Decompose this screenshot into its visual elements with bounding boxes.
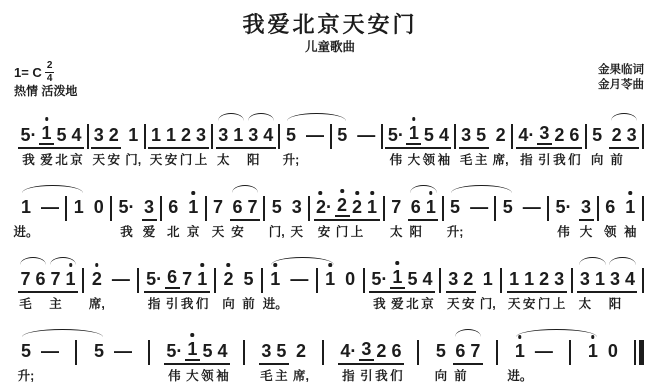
barline <box>642 268 644 293</box>
song-genre: 儿童歌曲 <box>0 39 660 55</box>
notation-line: 1—105·361767532·2217615—5—5·361 <box>16 175 644 221</box>
lyric-syllable: 领 <box>201 368 214 384</box>
lyric-syllable: 门, <box>269 224 285 240</box>
note-token: 5 <box>94 342 104 361</box>
dash-note: — <box>523 198 541 217</box>
note-token: 3 <box>216 126 231 145</box>
lyric-syllable: 爱 <box>391 296 404 312</box>
note-token: 2 <box>106 126 121 145</box>
note-token: 6 <box>408 198 423 217</box>
note-token: 5 <box>503 198 513 217</box>
beam-group: 4·326 <box>516 124 582 149</box>
lyric-syllable: 门 <box>336 224 349 240</box>
slur-arc <box>232 185 258 193</box>
measure: 10 <box>320 270 360 293</box>
measure: 1123 <box>146 126 210 149</box>
measure: 5·154 <box>383 124 453 149</box>
note-token: 1 <box>188 198 198 217</box>
note-token: 5 <box>337 126 347 145</box>
note-token: 2 <box>609 126 624 145</box>
note-token: 7 <box>18 270 33 289</box>
dash-note: — <box>357 126 375 145</box>
barline <box>500 268 502 293</box>
note-token: 1 <box>325 270 335 289</box>
barline <box>160 196 162 221</box>
beam-group: 3134 <box>577 270 637 293</box>
lyric-syllable: 安 <box>231 224 244 240</box>
lyric-syllable: 我 <box>373 296 386 312</box>
note-token: 7 <box>391 198 401 217</box>
measure: 5·154 <box>16 124 86 149</box>
barline <box>597 196 599 221</box>
note-token: 3 <box>459 126 474 145</box>
beam-group: 67 <box>453 342 483 365</box>
slur-arc <box>609 257 635 265</box>
rest-note: 0 <box>94 198 104 217</box>
beam-group: 5·154 <box>385 124 451 149</box>
measure: 10 <box>69 198 109 221</box>
beam-group: 23 <box>609 126 639 149</box>
slur-arc <box>271 257 333 265</box>
note-token: 2 <box>335 196 350 217</box>
lyric-syllable: 天 <box>212 224 225 240</box>
note-token: 4· <box>338 342 359 361</box>
octave-dot <box>355 191 359 195</box>
lyric-syllable: 安 <box>318 224 331 240</box>
score-system: 1—105·361767532·2217615—5—5·361进。我爱北京天安门… <box>0 175 660 247</box>
note-token: 3 <box>259 342 274 361</box>
beam-group: 35 <box>259 342 289 365</box>
lyric-syllable: 我 <box>22 152 35 168</box>
octave-dot <box>45 117 49 121</box>
key-time-signature: 1= C 2 4 <box>14 61 54 84</box>
time-signature: 2 4 <box>45 61 55 84</box>
final-barline <box>634 340 644 365</box>
lyric-syllable: 向 <box>591 152 604 168</box>
lyric-syllable: 引 <box>166 296 179 312</box>
note-token: 3 <box>91 126 106 145</box>
note-token: 2 <box>296 342 306 361</box>
note-token: 4· <box>516 126 537 145</box>
lyric-syllable: 指 <box>148 296 161 312</box>
lyric-syllable: 门 <box>180 152 193 168</box>
lyric-syllable: 北 <box>406 296 419 312</box>
slur-arc <box>579 257 605 265</box>
note-token: 4 <box>436 126 451 145</box>
note-token: 6 <box>605 198 615 217</box>
rest-note: 0 <box>345 270 355 289</box>
dash-note: — <box>470 198 488 217</box>
lyric-syllable: 阳 <box>609 296 622 312</box>
barline <box>569 340 571 365</box>
note-token: 2 <box>496 126 506 145</box>
note-token: 1 <box>625 198 635 217</box>
note-token: 2 <box>537 270 552 289</box>
note-token: 5 <box>244 270 254 289</box>
measure: 5— <box>16 342 64 365</box>
lyric-syllable: 主 <box>275 368 288 384</box>
slur-arc <box>451 185 511 193</box>
lyric-syllable: 天 <box>291 224 304 240</box>
note-token: 5 <box>436 342 446 361</box>
measure: 61 <box>600 198 640 221</box>
note-token: 4 <box>215 342 230 361</box>
measure: 5— <box>281 126 329 149</box>
note-token: 1 <box>406 124 421 145</box>
measure: 61 <box>163 198 203 221</box>
note-token: 5 <box>274 342 289 361</box>
note-token: 6 <box>168 198 178 217</box>
lyric-syllable: 们 <box>568 152 581 168</box>
beam-group: 3 <box>142 198 157 221</box>
lyric-syllable: 伟 <box>390 152 403 168</box>
beam-group: 4·326 <box>338 340 404 365</box>
note-token: 1 <box>390 268 405 289</box>
measure: 761 <box>386 198 440 221</box>
note-token: 1 <box>365 198 380 217</box>
lyric-syllable: 上 <box>553 296 566 312</box>
lyric-syllable: 升; <box>283 152 300 168</box>
note-token: 1 <box>423 198 438 217</box>
octave-dot <box>227 263 231 267</box>
dash-note: — <box>306 126 324 145</box>
barline <box>417 340 419 365</box>
beam-group: 5·154 <box>18 124 84 149</box>
measure: 5— <box>89 342 137 365</box>
note-token: 5· <box>385 126 406 145</box>
note-token: 1 <box>270 270 280 289</box>
dash-note: — <box>112 270 130 289</box>
note-token: 4 <box>261 126 276 145</box>
note-token: 7 <box>213 198 223 217</box>
final-barline-thick <box>639 340 644 365</box>
barline <box>642 124 644 149</box>
lyric-syllable: 毛 <box>260 368 273 384</box>
note-token: 5· <box>369 270 390 289</box>
note-token: 1 <box>483 270 493 289</box>
lyric-syllable: 们 <box>390 368 403 384</box>
note-token: 5 <box>592 126 602 145</box>
note-token: 4 <box>69 126 84 145</box>
measure: 5— <box>332 126 380 149</box>
lyric-syllable: 京 <box>70 152 83 168</box>
lyric-syllable: 我 <box>553 152 566 168</box>
note-token: 2· <box>314 198 335 217</box>
note-token: 1 <box>74 198 84 217</box>
lyric-syllable: 进。 <box>13 224 38 240</box>
barline <box>442 196 444 221</box>
barline <box>263 196 265 221</box>
slur-arc <box>20 257 46 265</box>
lyric-syllable: 主 <box>49 296 62 312</box>
lyric-syllable: 太 <box>579 296 592 312</box>
lyric-syllable: 袖 <box>624 224 637 240</box>
octave-dot <box>396 261 400 265</box>
lyric-syllable: 安 <box>523 296 536 312</box>
score-header: 1= C 2 4 热情 活泼地 金果临词 金月苓曲 <box>0 55 660 99</box>
beam-group: 1123 <box>507 270 567 293</box>
notation-line: 76712—5·671251—105·15432111233134 <box>16 247 644 293</box>
lyric-syllable: 门, <box>480 296 496 312</box>
note-token: 7 <box>48 270 63 289</box>
tempo-marking: 热情 活泼地 <box>14 82 77 99</box>
measure: 352 <box>257 342 311 365</box>
score-system: 5·154321112331345—5—5·1543524·326523我爱北京… <box>0 103 660 175</box>
lyric-syllable: 京 <box>187 224 200 240</box>
dash-note: — <box>290 270 308 289</box>
note-token: 5· <box>556 198 572 217</box>
beam-group: 5·671 <box>144 268 210 293</box>
lyric-syllable: 席, <box>493 152 509 168</box>
lyric-syllable: 上 <box>351 224 364 240</box>
lyric-syllable: 安 <box>462 296 475 312</box>
slur-arc <box>410 185 436 193</box>
note-token: 7 <box>468 342 483 361</box>
note-token: 1 <box>522 270 537 289</box>
measure: 10 <box>583 342 623 365</box>
note-token: 5· <box>164 342 185 361</box>
lyric-syllable: 天 <box>150 152 163 168</box>
barline <box>383 196 385 221</box>
slur-arc <box>22 329 103 337</box>
note-token: 1 <box>185 340 200 361</box>
lyric-syllable: 天 <box>508 296 521 312</box>
measure: 5— <box>445 198 493 221</box>
lyric-syllable: 进。 <box>507 368 532 384</box>
lyric-syllable: 前 <box>454 368 467 384</box>
lyric-syllable: 我 <box>120 224 133 240</box>
barline <box>363 268 365 293</box>
beam-group: 3 <box>579 198 594 221</box>
lyric-syllable: 门, <box>125 152 141 168</box>
octave-dot <box>200 263 204 267</box>
slur-arc <box>516 329 597 337</box>
dash-note: — <box>114 342 132 361</box>
octave-dot <box>340 189 344 193</box>
lyric-syllable: 大 <box>408 152 421 168</box>
beam-group: 2·221 <box>314 196 380 221</box>
lyric-syllable: 安 <box>108 152 121 168</box>
dash-note: — <box>535 342 553 361</box>
beam-group: 5·154 <box>164 340 230 365</box>
barline <box>75 340 77 365</box>
lyric-syllable: 安 <box>165 152 178 168</box>
score-system: 5—5—5·1543524·3265671—10升;伟大领袖毛主席,指引我们向前… <box>0 319 660 391</box>
measure: 2— <box>87 270 135 293</box>
measure: 352 <box>457 126 511 149</box>
note-token: 3 <box>577 270 592 289</box>
lyric-syllable: 上 <box>195 152 208 168</box>
note-token: 1 <box>592 270 607 289</box>
lyric-syllable: 升; <box>447 224 464 240</box>
note-token: 5 <box>421 126 436 145</box>
measure: 53 <box>267 198 307 221</box>
octave-dot <box>370 191 374 195</box>
barline <box>82 268 84 293</box>
beam-group: 3134 <box>216 126 276 149</box>
note-token: 1 <box>507 270 522 289</box>
note-token: 3 <box>607 270 622 289</box>
barline <box>214 268 216 293</box>
note-token: 5 <box>21 342 31 361</box>
lyric-syllable: 们 <box>196 296 209 312</box>
beam-group: 32 <box>446 270 476 293</box>
measure: 1— <box>16 198 64 221</box>
note-token: 5 <box>450 198 460 217</box>
note-token: 1 <box>231 126 246 145</box>
barline <box>316 268 318 293</box>
slur-arc <box>248 113 274 121</box>
note-token: 2 <box>374 342 389 361</box>
note-token: 6 <box>453 342 468 361</box>
dash-note: — <box>41 198 59 217</box>
measure: 4·326 <box>514 124 584 149</box>
final-barline-thin <box>634 340 636 365</box>
measure: 5·3 <box>551 198 596 221</box>
lyric-syllable: 领 <box>604 224 617 240</box>
slur-arc <box>22 185 82 193</box>
note-token: 7 <box>180 270 195 289</box>
beam-group: 35 <box>459 126 489 149</box>
barline <box>243 340 245 365</box>
beam-group: 32 <box>91 126 121 149</box>
octave-dot <box>192 191 196 195</box>
measure: 5·154 <box>367 268 437 293</box>
note-token: 3 <box>246 126 261 145</box>
measure: 4·326 <box>336 340 406 365</box>
note-token: 2 <box>350 198 365 217</box>
lyric-syllable: 我 <box>181 296 194 312</box>
barline <box>65 196 67 221</box>
slur-arc <box>287 113 346 121</box>
note-token: 5 <box>200 342 215 361</box>
lyric-syllable: 太 <box>217 152 230 168</box>
notation-line: 5·154321112331345—5—5·1543524·326523 <box>16 103 644 149</box>
measure: 5— <box>498 198 546 221</box>
note-token: 6 <box>389 342 404 361</box>
note-token: 3 <box>552 270 567 289</box>
lyric-syllable: 进。 <box>263 296 288 312</box>
lyric-syllable: 升; <box>18 368 35 384</box>
note-token: 2 <box>179 126 194 145</box>
barline <box>571 268 573 293</box>
measure: 5·3 <box>113 198 158 221</box>
lyric-syllable: 袖 <box>438 152 451 168</box>
lyric-syllable: 爱 <box>40 152 53 168</box>
beam-group: 67 <box>230 198 260 221</box>
lyric-syllable: 京 <box>421 296 434 312</box>
measure: 5·671 <box>142 268 212 293</box>
note-token: 5· <box>118 198 134 217</box>
lyrics-line: 毛主席,指引我们向前进。我爱北京天安门,天安门上太阳 <box>16 296 644 316</box>
note-token: 1 <box>588 342 598 361</box>
measure: 321 <box>89 126 143 149</box>
barline <box>308 196 310 221</box>
note-token: 2 <box>461 270 476 289</box>
note-token: 5 <box>54 126 69 145</box>
beam-group: 1123 <box>148 126 208 149</box>
note-token: 1 <box>195 270 210 289</box>
lyric-syllable: 引 <box>360 368 373 384</box>
octave-dot <box>412 117 416 121</box>
note-token: 3 <box>537 124 552 145</box>
note-token: 4 <box>622 270 637 289</box>
beam-group: 7671 <box>18 270 78 293</box>
note-token: 6 <box>165 268 180 289</box>
lyric-syllable: 北 <box>167 224 180 240</box>
lyric-syllable: 伟 <box>168 368 181 384</box>
octave-dot <box>629 191 633 195</box>
octave-dot <box>318 191 322 195</box>
lyricist-credit: 金果临词 <box>598 63 644 78</box>
lyric-syllable: 指 <box>520 152 533 168</box>
measure: 767 <box>208 198 262 221</box>
note-token: 1 <box>63 270 78 289</box>
lyrics-line: 进。我爱北京天安门,天安门上太阳升;伟大领袖 <box>16 224 644 244</box>
note-token: 2 <box>92 270 102 289</box>
lyric-syllable: 袖 <box>216 368 229 384</box>
measure: 2·221 <box>312 196 382 221</box>
measure: 3134 <box>575 270 639 293</box>
note-token: 3 <box>359 340 374 361</box>
key-signature: 1= C <box>14 65 42 80</box>
note-token: 3 <box>579 198 594 217</box>
measure: 523 <box>587 126 641 149</box>
lyrics-line: 我爱北京天安门,天安门上太阳升;伟大领袖毛主席,指引我们向前 <box>16 152 644 172</box>
note-token: 5 <box>474 126 489 145</box>
measure: 321 <box>444 270 498 293</box>
note-token: 1 <box>515 342 525 361</box>
notation-line: 5—5—5·1543524·3265671—10 <box>16 319 644 365</box>
score-system: 76712—5·671251—105·15432111233134毛主席,指引我… <box>0 247 660 319</box>
note-token: 1 <box>128 126 138 145</box>
barline <box>205 196 207 221</box>
lyric-syllable: 指 <box>342 368 355 384</box>
note-token: 5· <box>18 126 39 145</box>
lyric-syllable: 毛 <box>460 152 473 168</box>
slur-arc <box>218 113 244 121</box>
note-token: 5 <box>405 270 420 289</box>
measure: 7671 <box>16 270 80 293</box>
lyric-syllable: 领 <box>423 152 436 168</box>
note-token: 2 <box>223 270 233 289</box>
lyric-syllable: 前 <box>610 152 623 168</box>
lyric-syllable: 毛 <box>19 296 32 312</box>
beam-group: 5·154 <box>369 268 435 293</box>
barline <box>496 340 498 365</box>
lyric-syllable: 伟 <box>557 224 570 240</box>
note-token: 5 <box>286 126 296 145</box>
lyric-syllable: 席, <box>293 368 309 384</box>
lyric-syllable: 天 <box>447 296 460 312</box>
lyric-syllable: 阳 <box>410 224 423 240</box>
barline <box>642 196 644 221</box>
measure: 567 <box>431 342 485 365</box>
barline <box>110 196 112 221</box>
note-token: 6 <box>33 270 48 289</box>
lyric-syllable: 门 <box>538 296 551 312</box>
note-token: 3 <box>142 198 157 217</box>
note-token: 1 <box>21 198 31 217</box>
note-token: 1 <box>148 126 163 145</box>
note-token: 1 <box>39 124 54 145</box>
note-token: 3 <box>292 198 302 217</box>
note-token: 2 <box>552 126 567 145</box>
note-token: 3 <box>624 126 639 145</box>
note-token: 3 <box>446 270 461 289</box>
composer-credit: 金月苓曲 <box>598 78 644 93</box>
lyric-syllable: 北 <box>55 152 68 168</box>
